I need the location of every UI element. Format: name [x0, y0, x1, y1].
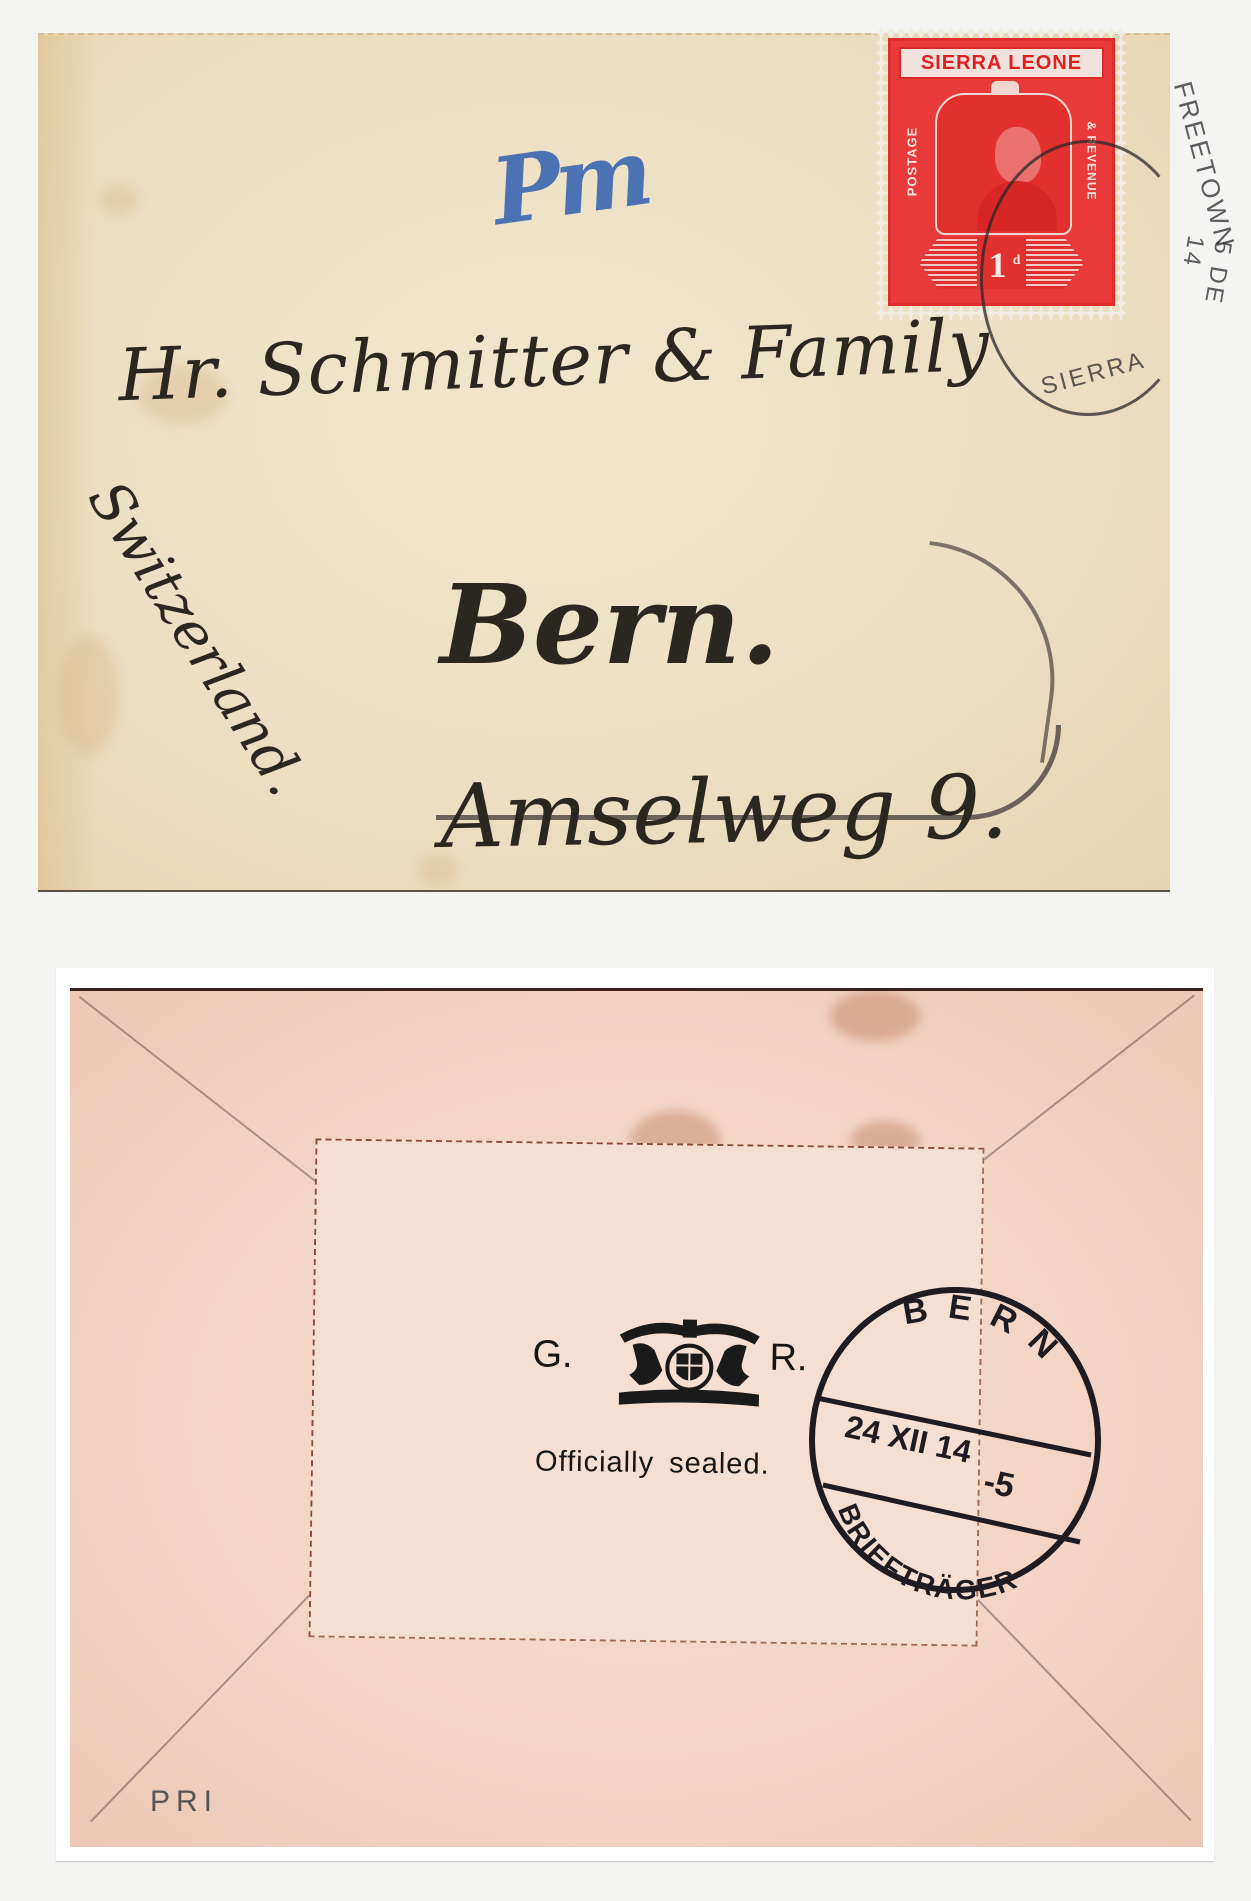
pencil-note-blue: Pm — [485, 118, 653, 246]
pencil-note-back: PRI — [150, 1785, 218, 1819]
postmark-bern-town: BERN — [900, 1288, 1078, 1379]
flap-fold-line — [961, 1583, 1191, 1821]
royal-coat-of-arms-icon — [614, 1315, 765, 1409]
foxing-spot — [58, 635, 118, 755]
svg-text:BRIEFTRÄGER: BRIEFTRÄGER — [832, 1499, 1022, 1600]
address-street: Amselweg 9. — [439, 755, 1009, 868]
postmark-bern: BERN 24 XII 14 -5 BRIEFTRÄGER — [795, 1280, 1105, 1600]
postmark-bern-service: BRIEFTRÄGER — [832, 1499, 1022, 1600]
edge-toning — [38, 35, 98, 890]
seal-letter-g: G. — [532, 1333, 573, 1377]
postmark-bern-time: -5 — [980, 1462, 1017, 1505]
address-city: Bern. — [440, 560, 779, 689]
stain — [830, 991, 920, 1041]
crown-icon — [991, 81, 1019, 95]
foxing-spot — [98, 185, 138, 215]
seal-caption: Officially sealed. — [535, 1445, 770, 1481]
svg-text:BERN: BERN — [900, 1288, 1078, 1379]
stamp-country: SIERRA LEONE — [899, 47, 1104, 79]
stamp-label-left: POSTAGE — [897, 91, 927, 231]
